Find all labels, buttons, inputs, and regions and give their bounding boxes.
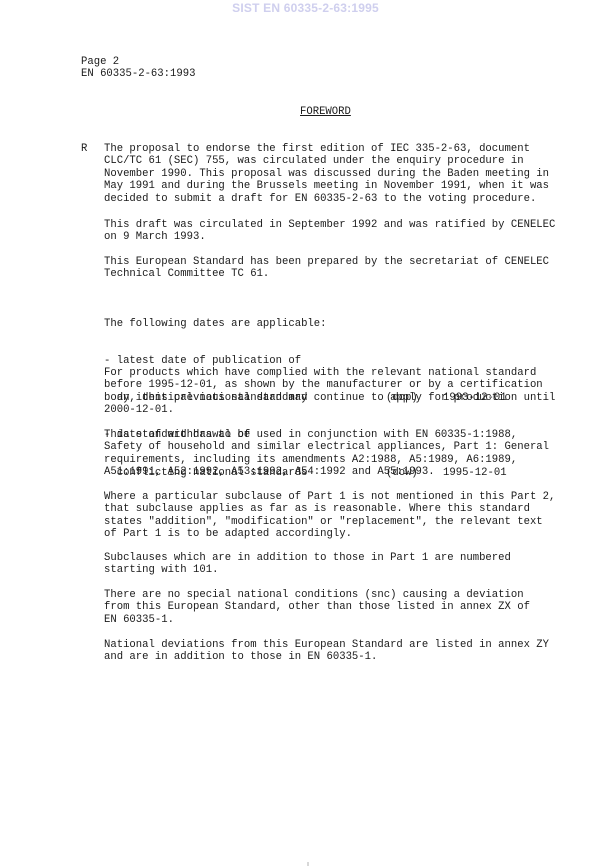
paragraph-national-deviations: National deviations from this European S… bbox=[104, 639, 549, 664]
paragraph-products: For products which have complied with th… bbox=[104, 367, 555, 417]
section-title: FOREWORD bbox=[300, 106, 351, 118]
paragraph-subclause: Where a particular subclause of Part 1 i… bbox=[104, 491, 555, 541]
date-item-dop-label: - latest date of publication of bbox=[104, 355, 564, 367]
dates-intro: The following dates are applicable: bbox=[104, 318, 564, 330]
document-id: EN 60335-2-63:1993 bbox=[81, 68, 195, 80]
paragraph-circulation: This draft was circulated in September 1… bbox=[104, 219, 555, 244]
page-number: Page 2 bbox=[81, 56, 195, 68]
watermark: SIST EN 60335-2-63:1995 bbox=[0, 1, 611, 15]
paragraph-conjunction: This standard has to be used in conjunct… bbox=[104, 429, 549, 479]
paragraph-proposal: The proposal to endorse the first editio… bbox=[104, 143, 549, 205]
footer-mark bbox=[307, 862, 309, 866]
paragraph-secretariat: This European Standard has been prepared… bbox=[104, 256, 549, 281]
revision-marker: R bbox=[81, 143, 87, 155]
paragraph-special-conditions: There are no special national conditions… bbox=[104, 589, 530, 626]
page-header: Page 2 EN 60335-2-63:1993 bbox=[81, 56, 195, 81]
paragraph-numbering: Subclauses which are in addition to thos… bbox=[104, 552, 511, 577]
